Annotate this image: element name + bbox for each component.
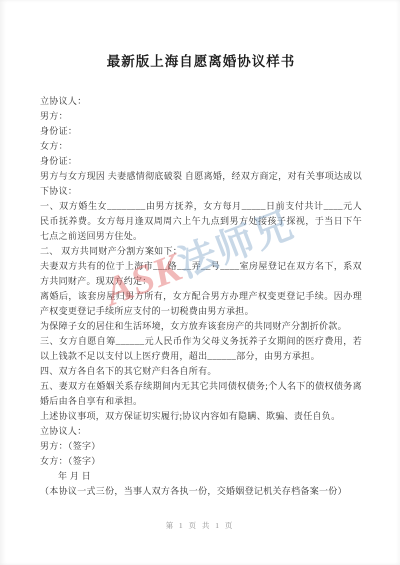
clause-3-paragraph: 三、女方自愿自筹______元人民币作为父母义务抚养子女期间的医疗费用，若以上钱… [40,334,362,364]
clause-5-paragraph: 五、妻双方在婚姻关系存续期间内无其它共同债权债务;个人名下的债权债务离婚后由各自… [40,379,362,409]
preamble-paragraph: 男方与女方现因 夫妻感情彻底破裂 自愿离婚，经双方商定，对有关事项达成以下协议： [40,169,362,199]
document-body: 立协议人： 男方： 身份证： 女方： 身份证： 男方与女方现因 夫妻感情彻底破裂… [40,94,362,499]
husband-line: 男方： [40,109,362,124]
husband-signature-line: 男方：（签字） [40,439,362,454]
page-number-footer: 第 1 页 共 1 页 [0,520,400,531]
document-title: 最新版上海自愿离婚协议样书 [40,50,362,70]
clause-4-paragraph: 四、双方各自名下的其它财产归各自所有。 [40,364,362,379]
wife-signature-line: 女方：（签字） [40,454,362,469]
document-page: ASK法师兄 最新版上海自愿离婚协议样书 立协议人： 男方： 身份证： 女方： … [0,0,400,565]
clause-2-waiver-paragraph: 为保障子女的居住和生活环境，女方放弃该套房产的共同财产分割折价款。 [40,319,362,334]
date-line: 年 月 日 [40,469,362,484]
signatory-intro-line: 立协议人： [40,424,362,439]
husband-id-line: 身份证： [40,124,362,139]
party-intro-line: 立协议人： [40,94,362,109]
wife-line: 女方： [40,139,362,154]
copies-note: （本协议一式三份，当事人双方各执一份，交婚姻登记机关存档备案一份） [40,484,362,499]
clause-1-paragraph: 一、双方婚生女________由男方抚养，女方每月_____日前支付共计____… [40,199,362,244]
clause-2-heading: 二、 双方共同财产分割方案如下： [40,244,362,259]
clause-2-property-paragraph: 夫妻双方共有的位于上海市___路___弄__号____室房屋登记在双方名下，系双… [40,259,362,289]
clause-2-transfer-paragraph: 离婚后，该套房屋归男方所有，女方配合男方办理产权变更登记手续。因办理产权变更登记… [40,289,362,319]
wife-id-line: 身份证： [40,154,362,169]
closing-statement: 上述协议事项，双方保证切实履行;协议内容如有隐瞒、欺骗、责任自负。 [40,409,362,424]
